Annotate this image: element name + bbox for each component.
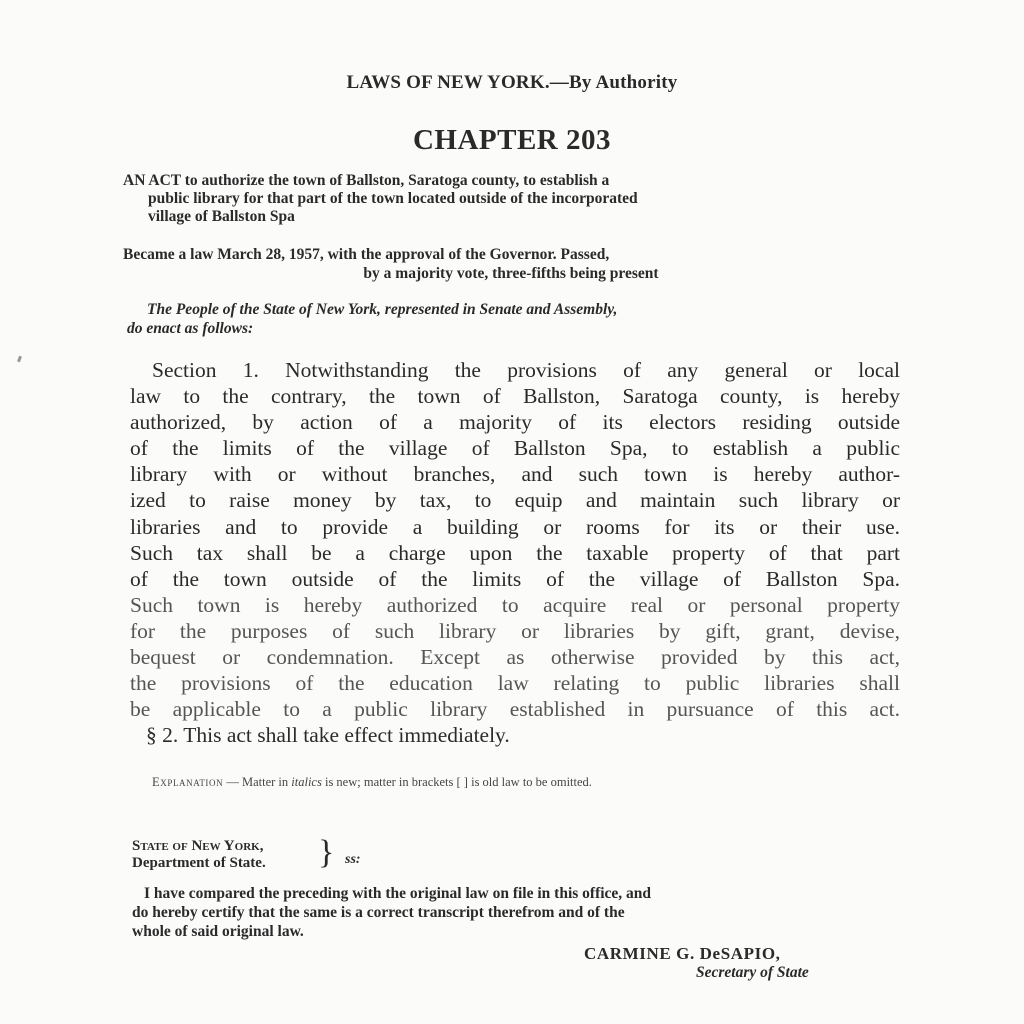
act-title-line: village of Ballston Spa [123,208,899,226]
enacting-clause: The People of the State of New York, rep… [127,300,899,338]
section-1-line: Such tax shall be a charge upon the taxa… [130,540,900,566]
section-1-line: authorized, by action of a majority of i… [130,409,900,435]
certification-line: whole of said original law. [132,922,900,941]
became-law-note: Became a law March 28, 1957, with the ap… [123,245,899,283]
section-1-line: bequest or condemnation. Except as other… [130,644,900,670]
section-1-line: the provisions of the education law rela… [130,670,900,696]
enacting-clause-line: The People of the State of New York, rep… [127,300,899,319]
explanation-note: Explanation — Matter in italics is new; … [152,775,898,790]
section-1-line: Such town is hereby authorized to acquir… [130,592,900,618]
section-1-line: of the limits of the village of Ballston… [130,435,900,461]
section-1-line: law to the contrary, the town of Ballsto… [130,383,900,409]
document-header: LAWS OF NEW YORK.—By Authority [0,72,1024,94]
chapter-title: CHAPTER 203 [0,124,1024,157]
explanation-italic: italics [291,775,322,789]
section-2-text: § 2. This act shall take effect immediat… [130,722,900,748]
law-document-page: LAWS OF NEW YORK.—By Authority CHAPTER 2… [0,0,1024,1024]
act-title-line: AN ACT to authorize the town of Ballston… [123,172,609,189]
state-caption: State of New York, Department of State. [132,838,266,872]
section-1-line: of the town outside of the limits of the… [130,566,900,592]
became-law-line: Became a law March 28, 1957, with the ap… [123,246,609,263]
explanation-label: Explanation [152,775,223,789]
act-title: AN ACT to authorize the town of Ballston… [123,172,899,226]
certification-line: do hereby certify that the same is a cor… [132,903,900,922]
certification-line: I have compared the preceding with the o… [132,884,900,903]
became-law-line: by a majority vote, three-fifths being p… [123,264,899,283]
signatory-title: Secretary of State [696,964,809,982]
section-1-line: library with or without branches, and su… [130,461,900,487]
state-caption-line: Department of State. [132,855,266,872]
section-1-line: libraries and to provide a building or r… [130,514,900,540]
brace-icon: } [318,836,334,870]
section-1-line: ized to raise money by tax, to equip and… [130,487,900,513]
state-caption-line: State of New York, [132,838,266,855]
section-1-line: Section 1. Notwithstanding the provision… [130,357,900,383]
section-1-line: for the purposes of such library or libr… [130,618,900,644]
enacting-clause-line: do enact as follows: [127,319,899,338]
section-body: Section 1. Notwithstanding the provision… [130,357,900,748]
section-1-line: be applicable to a public library establ… [130,696,900,722]
act-title-line: public library for that part of the town… [123,190,899,208]
ss-mark: ss: [345,852,361,868]
scan-speck [17,356,22,363]
signatory-name: CARMINE G. DeSAPIO, [584,944,781,964]
certification-text: I have compared the preceding with the o… [132,884,900,941]
